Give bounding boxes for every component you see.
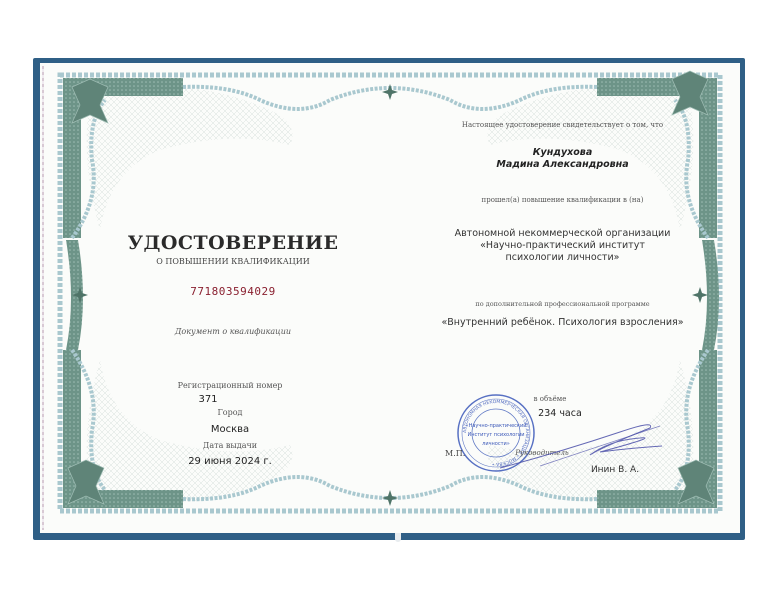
signer-name: Инин В. А. bbox=[580, 465, 650, 475]
signature bbox=[0, 0, 776, 600]
